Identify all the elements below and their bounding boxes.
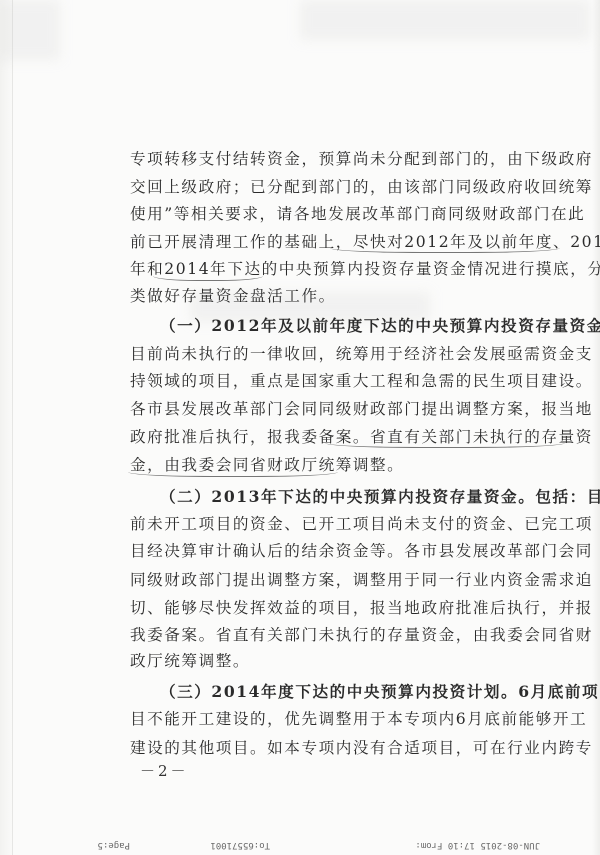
handwritten-underline bbox=[128, 472, 338, 477]
fax-transmission-header: JUN-08-2015 17:10 From: To:65571001 Page… bbox=[60, 836, 540, 850]
fax-to-number: To:65571001 bbox=[210, 840, 270, 850]
text-line: 建设的其他项目。如本专项内没有合适项目，可在行业内跨专 bbox=[130, 739, 562, 757]
scanned-page: 专项转移支付结转资金，预算尚未分配到部门的，由下级政府 交回上级政府；已分配到部… bbox=[0, 0, 600, 855]
handwritten-underline bbox=[153, 276, 263, 281]
fax-page: Page:5 bbox=[97, 840, 130, 850]
text-line: 使用”等相关要求，请各地发展改革部门商同级财政部门在此 bbox=[130, 205, 562, 223]
section-heading-1: （一）2012年及以前年度下达的中央预算内投资存量资金。 bbox=[160, 317, 562, 335]
scan-smudge bbox=[300, 0, 590, 40]
fax-datetime-from: JUN-08-2015 17:10 From: bbox=[415, 840, 540, 850]
text-line: 目不能开工建设的，优先调整用于本专项内6月底前能够开工 bbox=[130, 710, 562, 728]
page-number: －2－ bbox=[140, 760, 189, 781]
text-line: 持领域的项目，重点是国家重大工程和急需的民生项目建设。 bbox=[130, 372, 562, 390]
text-line: 前未开工项目的资金、已开工项目尚未支付的资金、已完工项 bbox=[130, 515, 562, 533]
scan-smudge bbox=[0, 0, 60, 60]
text-line: 同级财政部门提出调整方案，调整用于同一行业内资金需求迫 bbox=[130, 571, 562, 589]
text-line: 各市县发展改革部门会同同级财政部门提出调整方案，报当地 bbox=[130, 400, 562, 418]
section-heading-3: （三）2014年度下达的中央预算内投资计划。6月底前项 bbox=[160, 683, 562, 701]
section-heading-2: （二）2013年下达的中央预算内投资存量资金。包括：目 bbox=[160, 488, 562, 506]
text-line: 我委备案。省直有关部门未执行的存量资金，由我委会同省财 bbox=[130, 626, 562, 644]
text-line: 政厅统筹调整。 bbox=[130, 652, 562, 670]
handwritten-underline bbox=[325, 443, 565, 448]
text-line: 交回上级政府；已分配到部门的，由该部门同级政府收回统筹 bbox=[130, 178, 562, 196]
scan-edge bbox=[12, 0, 13, 855]
text-line: 专项转移支付结转资金，预算尚未分配到部门的，由下级政府 bbox=[130, 150, 562, 168]
text-line: 切、能够尽快发挥效益的项目，报当地政府批准后执行，并报 bbox=[130, 599, 562, 617]
text-line: 类做好存量资金盘活工作。 bbox=[130, 287, 562, 305]
text-line: 目前尚未执行的一律收回，统筹用于经济社会发展亟需资金支 bbox=[130, 345, 562, 363]
handwritten-underline bbox=[330, 248, 560, 253]
text-line: 目经决算审计确认后的结余资金等。各市县发展改革部门会同 bbox=[130, 542, 562, 560]
